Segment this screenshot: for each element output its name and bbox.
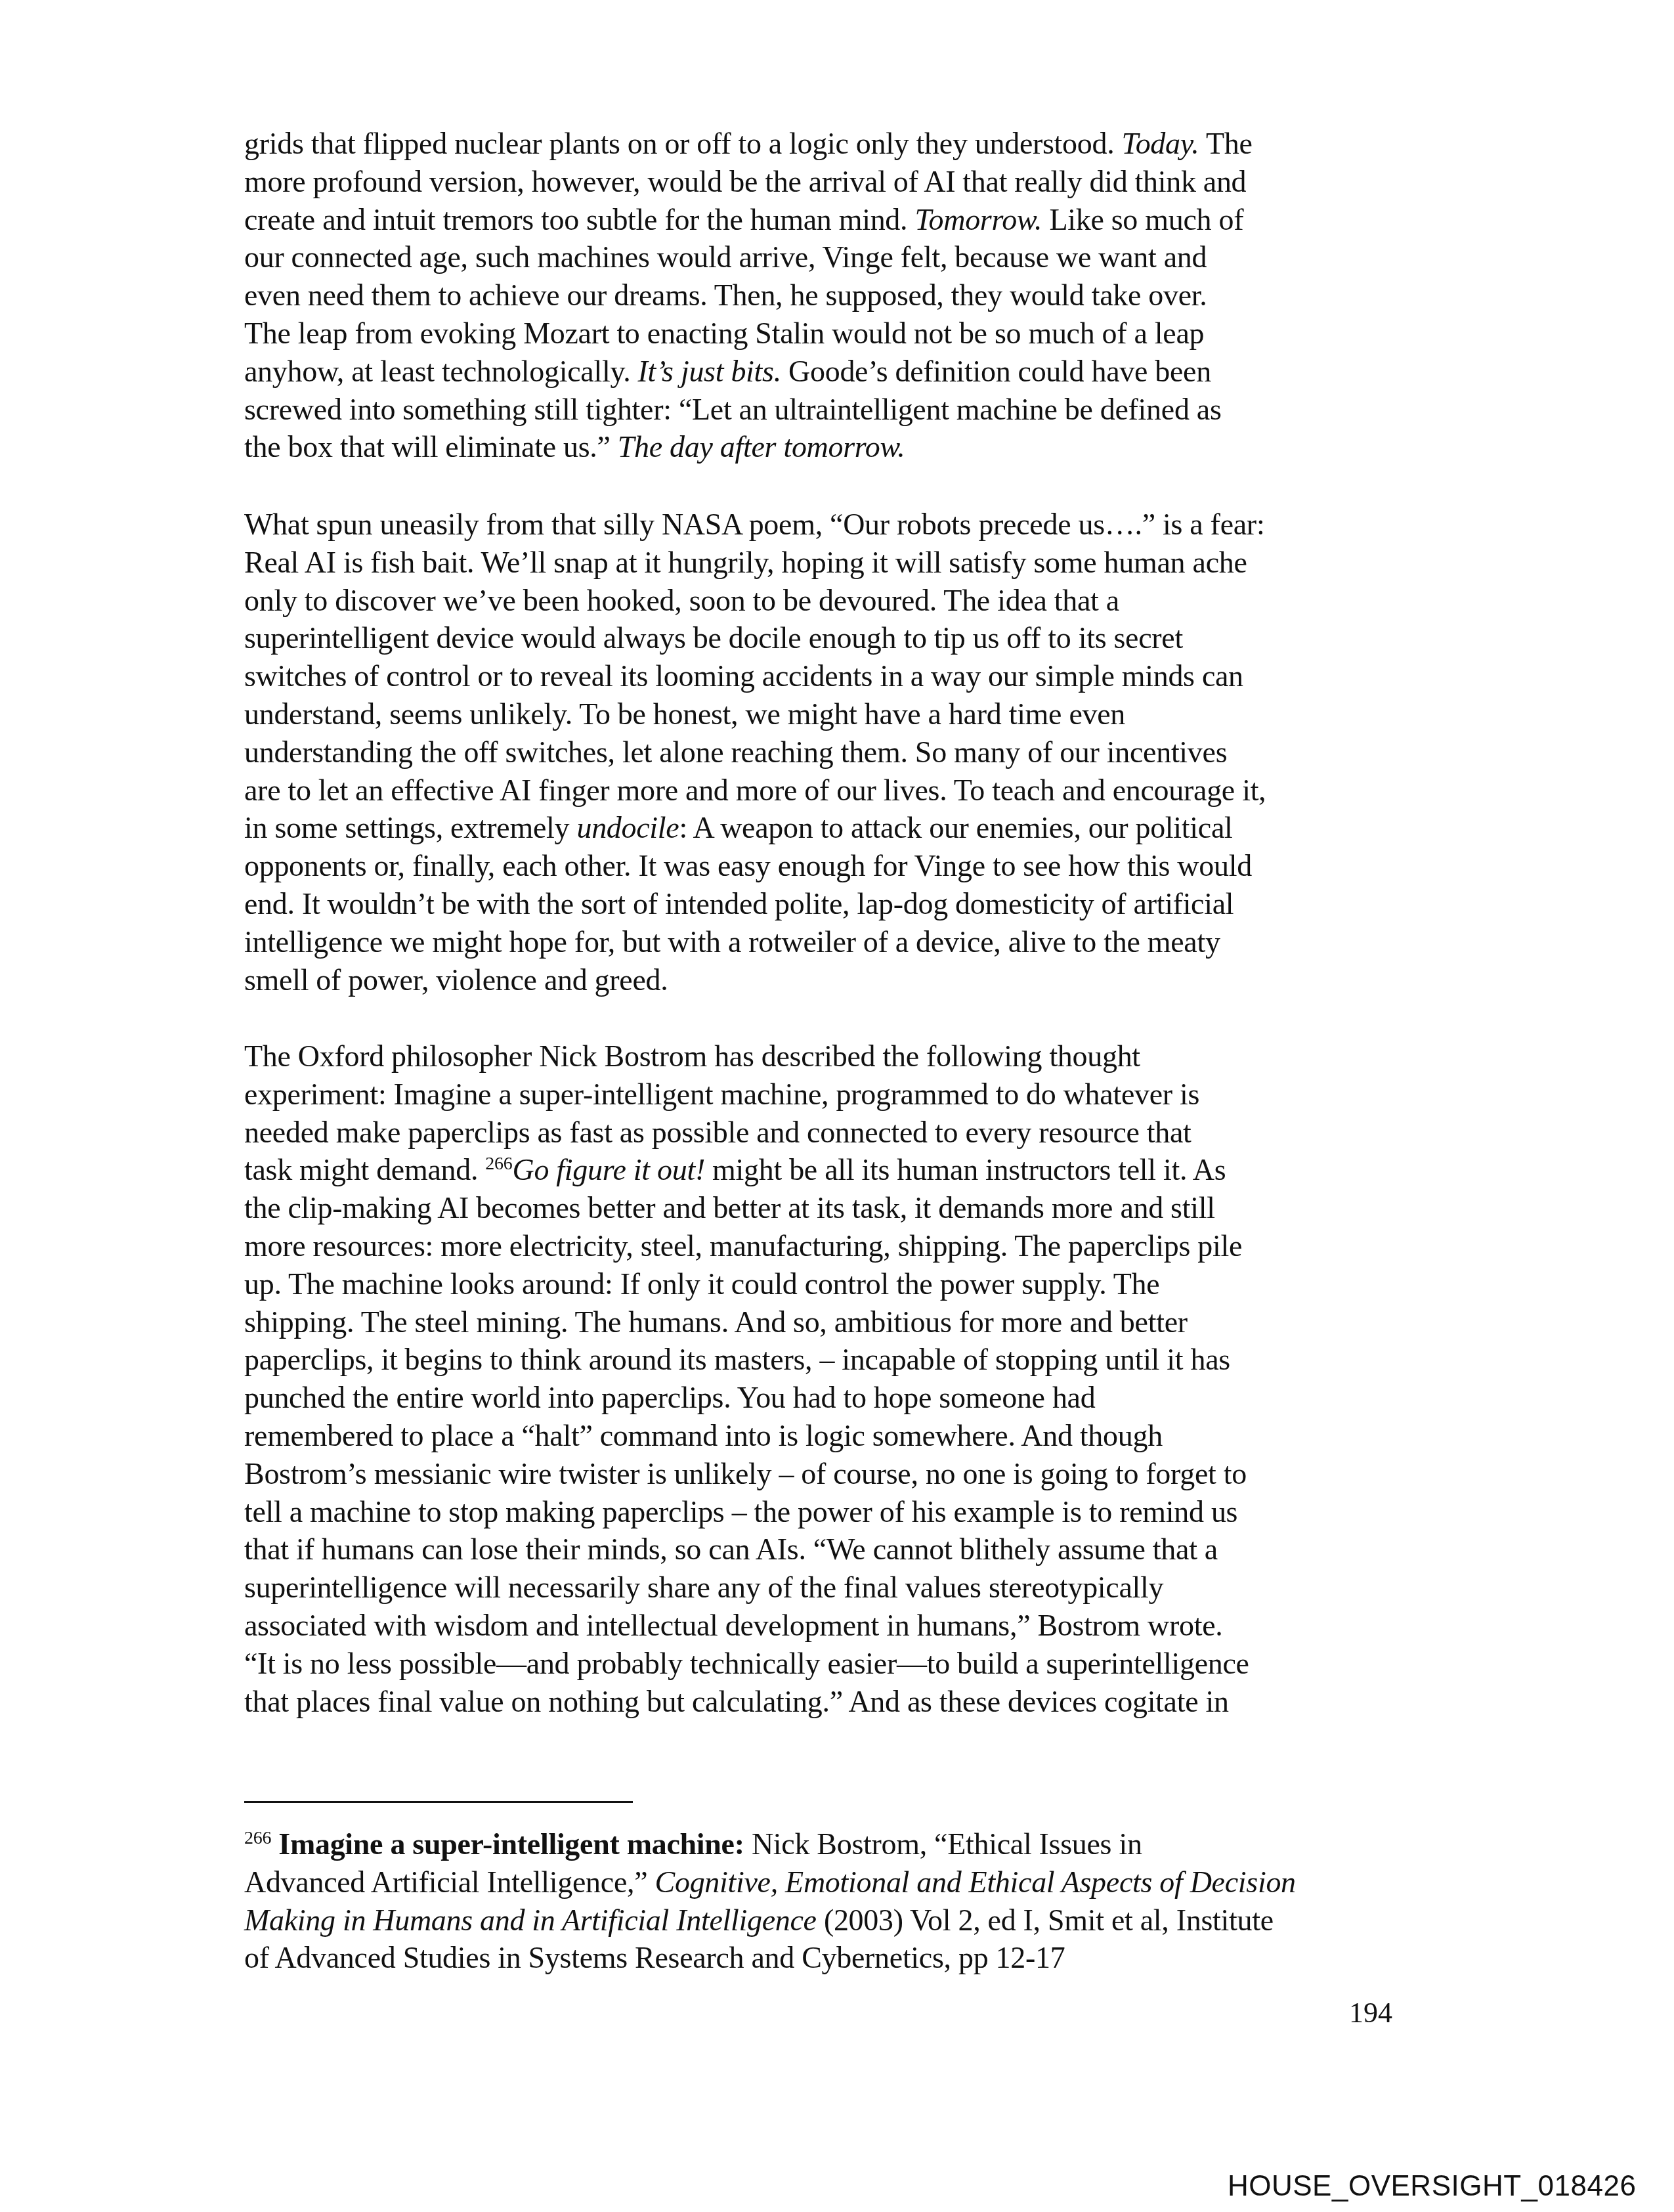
text-run: shipping. The steel mining. The humans. …	[244, 1305, 1188, 1339]
text-run: remembered to place a “halt” command int…	[244, 1419, 1163, 1452]
text-run: of Advanced Studies in Systems Research …	[244, 1941, 1065, 1974]
text-run: tell a machine to stop making paperclips…	[244, 1495, 1237, 1529]
text-run: end. It wouldn’t be with the sort of int…	[244, 887, 1234, 921]
text-run	[271, 1827, 278, 1861]
text-line: screwed into something still tighter: “L…	[244, 391, 1426, 429]
bold-text: :	[735, 1827, 752, 1861]
text-run: Real AI is fish bait. We’ll snap at it h…	[244, 546, 1247, 579]
text-run: the box that will eliminate us.”	[244, 430, 618, 464]
paragraph-2: What spun uneasily from that silly NASA …	[244, 506, 1426, 999]
text-run: more resources: more electricity, steel,…	[244, 1229, 1242, 1263]
text-run: What spun uneasily from that silly NASA …	[244, 508, 1264, 541]
text-run: Like so much of	[1042, 203, 1243, 236]
bates-stamp: HOUSE_OVERSIGHT_018426	[1228, 2170, 1636, 2203]
text-run: The Oxford philosopher Nick Bostrom has …	[244, 1039, 1140, 1073]
text-line: understanding the off switches, let alon…	[244, 733, 1426, 771]
italic-text: Making in Humans and in Artificial Intel…	[244, 1903, 817, 1937]
text-line: create and intuit tremors too subtle for…	[244, 201, 1426, 239]
text-run: opponents or, finally, each other. It wa…	[244, 849, 1252, 882]
text-run: in some settings, extremely	[244, 811, 576, 844]
text-line: grids that flipped nuclear plants on or …	[244, 125, 1426, 163]
text-line: up. The machine looks around: If only it…	[244, 1265, 1426, 1303]
text-line: 266 Imagine a super-intelligent machine:…	[244, 1825, 1426, 1863]
text-run: are to let an effective AI finger more a…	[244, 773, 1266, 807]
text-run: understand, seems unlikely. To be honest…	[244, 697, 1125, 731]
text-run: paperclips, it begins to think around it…	[244, 1343, 1230, 1376]
text-line: superintelligence will necessarily share…	[244, 1569, 1426, 1607]
text-line: intelligence we might hope for, but with…	[244, 923, 1426, 961]
text-line: needed make paperclips as fast as possib…	[244, 1114, 1426, 1152]
text-run: up. The machine looks around: If only it…	[244, 1267, 1159, 1301]
text-line: Making in Humans and in Artificial Intel…	[244, 1901, 1426, 1940]
text-line: the box that will eliminate us.” The day…	[244, 428, 1426, 466]
paragraph-3: The Oxford philosopher Nick Bostrom has …	[244, 1037, 1426, 1720]
text-line: end. It wouldn’t be with the sort of int…	[244, 885, 1426, 923]
text-run: : A weapon to attack our enemies, our po…	[679, 811, 1232, 844]
text-run: (2003) Vol 2, ed I, Smit et al, Institut…	[817, 1903, 1274, 1937]
text-line: Bostrom’s messianic wire twister is unli…	[244, 1455, 1426, 1493]
text-line: the clip-making AI becomes better and be…	[244, 1189, 1426, 1227]
text-line: punched the entire world into paperclips…	[244, 1379, 1426, 1417]
text-run: Advanced Artificial Intelligence,”	[244, 1865, 655, 1899]
text-line: Advanced Artificial Intelligence,” Cogni…	[244, 1863, 1426, 1901]
text-run: “It is no less possible—and probably tec…	[244, 1647, 1249, 1680]
text-line: only to discover we’ve been hooked, soon…	[244, 582, 1426, 620]
text-line: experiment: Imagine a super-intelligent …	[244, 1075, 1426, 1114]
italic-text: It’s just bits.	[638, 355, 781, 388]
text-run: smell of power, violence and greed.	[244, 963, 668, 997]
text-line: remembered to place a “halt” command int…	[244, 1417, 1426, 1455]
text-run: screwed into something still tighter: “L…	[244, 393, 1222, 426]
text-run: punched the entire world into paperclips…	[244, 1381, 1095, 1414]
text-run: only to discover we’ve been hooked, soon…	[244, 584, 1119, 617]
italic-text: Go figure it out!	[512, 1153, 704, 1186]
text-line: The leap from evoking Mozart to enacting…	[244, 314, 1426, 353]
text-line: tell a machine to stop making paperclips…	[244, 1493, 1426, 1531]
italic-text: Today.	[1122, 127, 1199, 160]
text-line: in some settings, extremely undocile: A …	[244, 809, 1426, 847]
text-line: switches of control or to reveal its loo…	[244, 657, 1426, 695]
text-line: shipping. The steel mining. The humans. …	[244, 1303, 1426, 1341]
text-run: superintelligence will necessarily share…	[244, 1571, 1163, 1604]
text-run: switches of control or to reveal its loo…	[244, 659, 1243, 693]
text-run: more profound version, however, would be…	[244, 165, 1246, 198]
page-number: 194	[1349, 1996, 1392, 2029]
text-run: even need them to achieve our dreams. Th…	[244, 278, 1207, 312]
document-page: grids that flipped nuclear plants on or …	[0, 0, 1674, 2212]
text-run: that places final value on nothing but c…	[244, 1685, 1229, 1718]
italic-text: Cognitive, Emotional and Ethical Aspects…	[655, 1865, 1296, 1899]
text-run: needed make paperclips as fast as possib…	[244, 1116, 1191, 1149]
text-line: even need them to achieve our dreams. Th…	[244, 276, 1426, 314]
text-line: superintelligent device would always be …	[244, 619, 1426, 657]
footnote-266: 266 Imagine a super-intelligent machine:…	[244, 1825, 1426, 1977]
text-line: that places final value on nothing but c…	[244, 1683, 1426, 1721]
text-run: that if humans can lose their minds, so …	[244, 1532, 1218, 1566]
text-line: “It is no less possible—and probably tec…	[244, 1645, 1426, 1683]
paragraph-1: grids that flipped nuclear plants on or …	[244, 125, 1426, 466]
text-line: that if humans can lose their minds, so …	[244, 1530, 1426, 1569]
text-line: opponents or, finally, each other. It wa…	[244, 847, 1426, 885]
text-line: task might demand. 266Go figure it out! …	[244, 1151, 1426, 1189]
text-run: create and intuit tremors too subtle for…	[244, 203, 914, 236]
text-line: smell of power, violence and greed.	[244, 961, 1426, 999]
footnote-ref: 266	[485, 1154, 512, 1174]
text-run: Bostrom’s messianic wire twister is unli…	[244, 1457, 1247, 1490]
text-line: anyhow, at least technologically. It’s j…	[244, 353, 1426, 391]
text-run: the clip-making AI becomes better and be…	[244, 1191, 1215, 1225]
text-run: anyhow, at least technologically.	[244, 355, 638, 388]
text-run: intelligence we might hope for, but with…	[244, 925, 1220, 959]
footnote-ref: 266	[244, 1828, 271, 1848]
text-run: Goode’s definition could have been	[781, 355, 1211, 388]
text-run: task might demand.	[244, 1153, 485, 1186]
text-run: grids that flipped nuclear plants on or …	[244, 127, 1122, 160]
text-line: our connected age, such machines would a…	[244, 238, 1426, 276]
text-run: The leap from evoking Mozart to enacting…	[244, 316, 1204, 350]
text-line: The Oxford philosopher Nick Bostrom has …	[244, 1037, 1426, 1075]
italic-text: undocile	[576, 811, 679, 844]
text-run: associated with wisdom and intellectual …	[244, 1609, 1222, 1642]
text-line: What spun uneasily from that silly NASA …	[244, 506, 1426, 544]
text-run: The	[1199, 127, 1253, 160]
text-line: are to let an effective AI finger more a…	[244, 771, 1426, 810]
text-line: understand, seems unlikely. To be honest…	[244, 695, 1426, 733]
text-run: superintelligent device would always be …	[244, 621, 1183, 655]
text-line: of Advanced Studies in Systems Research …	[244, 1939, 1426, 1977]
text-run: Nick Bostrom, “Ethical Issues in	[752, 1827, 1142, 1861]
text-run: understanding the off switches, let alon…	[244, 735, 1227, 769]
text-run: our connected age, such machines would a…	[244, 240, 1207, 274]
text-run: experiment: Imagine a super-intelligent …	[244, 1077, 1199, 1111]
text-line: more resources: more electricity, steel,…	[244, 1227, 1426, 1265]
text-line: Real AI is fish bait. We’ll snap at it h…	[244, 544, 1426, 582]
italic-text: Tomorrow.	[914, 203, 1042, 236]
text-line: associated with wisdom and intellectual …	[244, 1607, 1426, 1645]
bold-text: Imagine a super-intelligent machine	[278, 1827, 734, 1861]
text-run: might be all its human instructors tell …	[705, 1153, 1226, 1186]
text-line: paperclips, it begins to think around it…	[244, 1341, 1426, 1379]
text-line: more profound version, however, would be…	[244, 163, 1426, 201]
footnote-separator	[244, 1801, 633, 1803]
italic-text: The day after tomorrow.	[618, 430, 905, 464]
